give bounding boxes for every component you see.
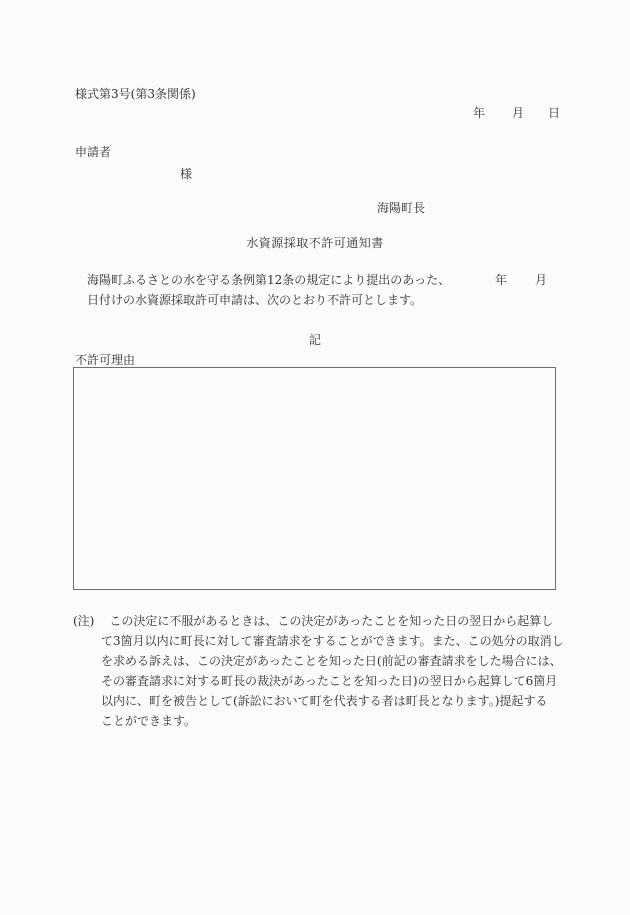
- issue-date-month-label: 月: [512, 104, 524, 121]
- note-line: その審査請求に対する町長の裁決があったことを知った日)の翌日から起算して6箇月: [73, 671, 565, 691]
- refusal-reason-box: [73, 367, 556, 590]
- document-page: 様式第3号(第3条関係) 年 月 日 申請者 様 海陽町長 水資源採取不許可通知…: [0, 0, 630, 915]
- note-line: (注)この決定に不服があるときは、この決定があったことを知った日の翌日から起算し: [73, 611, 565, 631]
- note-line: て3箇月以内に町長に対して審査請求をすることができます。また、この処分の取消し: [73, 631, 565, 651]
- body-paragraph-line-2: 日付けの水資源採取許可申請は、次のとおり不許可とします。: [87, 291, 422, 308]
- applicant-label: 申請者: [75, 143, 111, 160]
- note-line: ことができます。: [73, 711, 565, 731]
- record-heading: 記: [0, 331, 630, 348]
- application-date-year-label: 年: [495, 271, 507, 288]
- issue-date-day-label: 日: [548, 104, 560, 121]
- note-line: 以内に、町を被告として(訴訟において町を代表する者は町長となります。)提起する: [73, 691, 565, 711]
- issuer-mayor-title: 海陽町長: [377, 199, 425, 216]
- application-date-month-label: 月: [535, 271, 547, 288]
- issue-date-line: 年 月 日: [0, 104, 630, 120]
- document-title: 水資源採取不許可通知書: [0, 234, 630, 251]
- body-line-1-text: 海陽町ふるさとの水を守る条例第12条の規定により提出のあった、: [87, 271, 450, 288]
- note-line: を求める訴えは、この決定があったことを知った日(前記の審査請求をした場合には、: [73, 651, 565, 671]
- note-section: (注)この決定に不服があるときは、この決定があったことを知った日の翌日から起算し…: [73, 611, 565, 731]
- note-label: (注): [73, 614, 94, 628]
- applicant-honorific: 様: [180, 165, 192, 182]
- body-paragraph-line-1: 海陽町ふるさとの水を守る条例第12条の規定により提出のあった、 年 月: [0, 271, 630, 287]
- refusal-reason-label: 不許可理由: [75, 351, 135, 368]
- note-line-text: この決定に不服があるときは、この決定があったことを知った日の翌日から起算し: [109, 614, 553, 628]
- form-number: 様式第3号(第3条関係): [75, 85, 196, 102]
- issue-date-year-label: 年: [473, 104, 485, 121]
